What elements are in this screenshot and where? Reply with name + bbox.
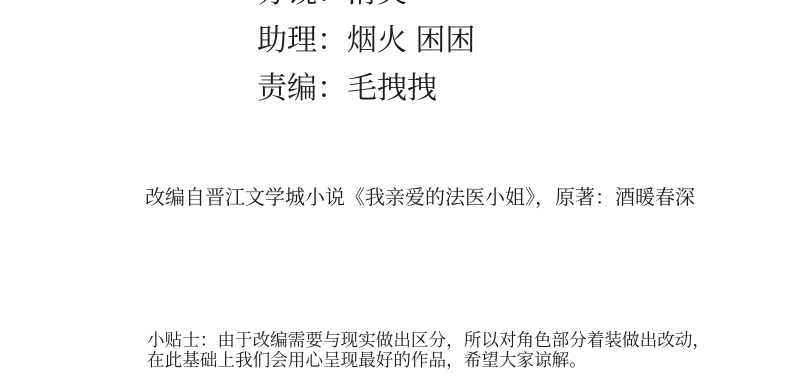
credits-line-storyboard: 分镜：清笑 (257, 0, 407, 9)
credits-line-editor: 责编：毛拽拽 (257, 73, 437, 105)
tip-note-line-2: 在此基础上我们会用心呈现最好的作品，希望大家谅解。 (147, 350, 587, 370)
adaptation-source-note: 改编自晋江文学城小说《我亲爱的法医小姐》，原著：酒暖春深 (145, 186, 695, 210)
comic-credits-page: 分镜：清笑 助理：烟火 困困 责编：毛拽拽 改编自晋江文学城小说《我亲爱的法医小… (0, 0, 800, 389)
tip-note-line-1: 小贴士：由于改编需要与现实做出区分，所以对角色部分着装做出改动， (147, 330, 710, 350)
credits-line-assistant: 助理：烟火 困困 (257, 25, 475, 57)
